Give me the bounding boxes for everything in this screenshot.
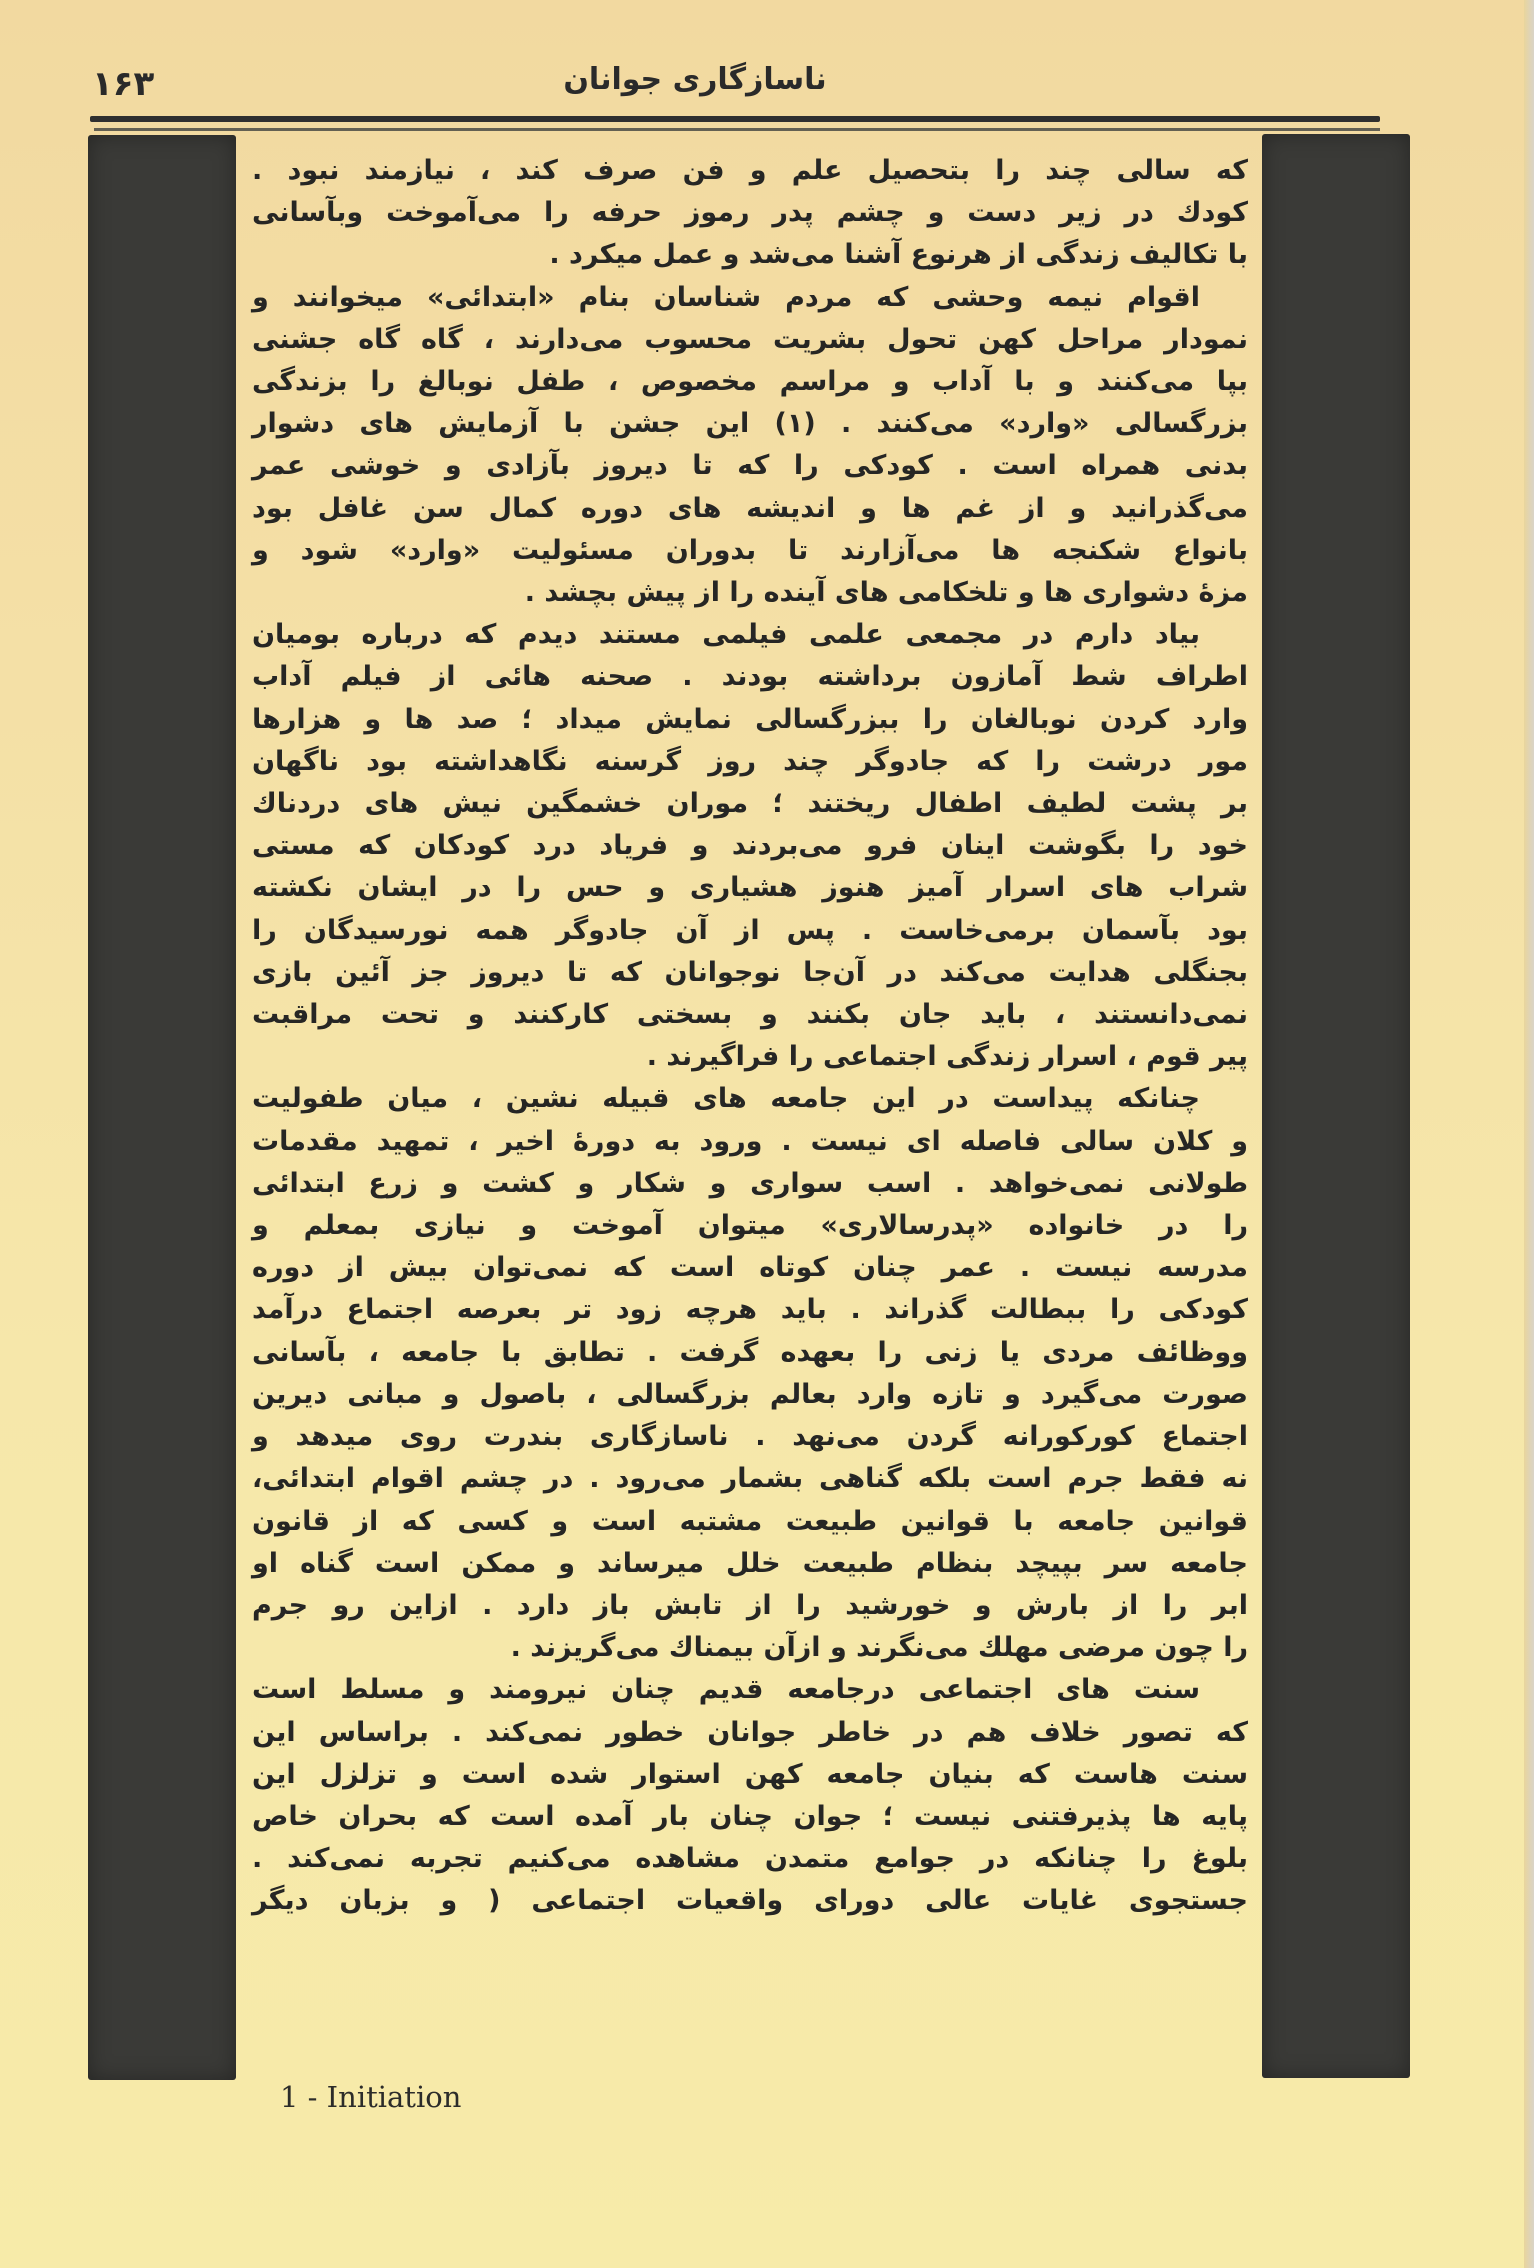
- header-rule-thick: [90, 116, 1380, 122]
- text-line: ابر را از بارش و خورشید را از تابش باز د…: [252, 1585, 1248, 1627]
- text-line: نه فقط جرم است بلکه گناهی بشمار می‌رود .…: [252, 1458, 1248, 1500]
- text-line: بزرگسالی «وارد» می‌کنند . (۱) این جشن با…: [252, 403, 1248, 445]
- text-line: نمودار مراحل کهن تحول بشریت محسوب می‌دار…: [252, 319, 1248, 361]
- footnote: 1 - Initiation: [280, 2080, 461, 2114]
- text-line: می‌گذرانید و از غم ها و اندیشه های دوره …: [252, 488, 1248, 530]
- text-line: بانواع شکنجه ها می‌آزارند تا بدوران مسئو…: [252, 530, 1248, 572]
- text-line: اقوام نیمه وحشی که مردم شناسان بنام «ابت…: [252, 277, 1248, 319]
- text-line: مور درشت را که جادوگر چند روز گرسنه نگاه…: [252, 741, 1248, 783]
- text-line: بود بآسمان برمی‌خاست . پس از آن جادوگر ه…: [252, 910, 1248, 952]
- text-line: کودکی را ببطالت گذراند . باید هرچه زود ت…: [252, 1289, 1248, 1331]
- text-line: که تصور خلاف هم در خاطر جوانان خطور نمی‌…: [252, 1712, 1248, 1754]
- text-line: سنت های اجتماعی درجامعه قدیم چنان نیرومن…: [252, 1669, 1248, 1711]
- text-line: که سالی چند را بتحصیل علم و فن صرف کند ،…: [252, 150, 1248, 192]
- text-line: کودك در زیر دست و چشم پدر رموز حرفه را م…: [252, 192, 1248, 234]
- text-line: مدرسه نیست . عمر چنان کوتاه است که نمی‌ت…: [252, 1247, 1248, 1289]
- running-title: ناسازگاری جوانان: [560, 62, 830, 97]
- text-line: قوانین جامعه با قوانین طبیعت مشتبه است و…: [252, 1501, 1248, 1543]
- text-line: وارد کردن نوبالغان را ببزرگسالی نمایش می…: [252, 699, 1248, 741]
- page-number: ۱۶۳: [92, 64, 154, 104]
- text-line: شراب های اسرار آمیز هنوز هشیاری و حس را …: [252, 867, 1248, 909]
- text-line: جامعه سر بپیچد بنظام طبیعت خلل میرساند و…: [252, 1543, 1248, 1585]
- text-line: طولانی نمی‌خواهد . اسب سواری و شکار و کش…: [252, 1163, 1248, 1205]
- text-line: صورت می‌گیرد و تازه وارد بعالم بزرگسالی …: [252, 1374, 1248, 1416]
- text-line: جستجوی غایات عالی دورای واقعیات اجتماعی …: [252, 1880, 1248, 1922]
- text-line: را چون مرضی مهلك می‌نگرند و ازآن بیمناك …: [252, 1627, 1248, 1669]
- text-line: بپا می‌کنند و با آداب و مراسم مخصوص ، طف…: [252, 361, 1248, 403]
- text-line: مزهٔ دشواری ها و تلخکامی های آینده را از…: [252, 572, 1248, 614]
- header-rule-thin: [94, 128, 1380, 131]
- text-line: بر پشت لطیف اطفال ریختند ؛ موران خشمگین …: [252, 783, 1248, 825]
- left-margin-bar: [88, 135, 236, 2080]
- text-line: نمی‌دانستند ، باید جان بکنند و بسختی کار…: [252, 994, 1248, 1036]
- page-edge: [1524, 0, 1534, 2268]
- text-line: سنت هاست که بنیان جامعه کهن استوار شده ا…: [252, 1754, 1248, 1796]
- text-line: خود را بگوشت اینان فرو می‌بردند و فریاد …: [252, 825, 1248, 867]
- text-line: با تکالیف زندگی از هرنوع آشنا می‌شد و عم…: [252, 234, 1248, 276]
- text-line: ووظائف مردی یا زنی را بعهده گرفت . تطابق…: [252, 1332, 1248, 1374]
- body-text: که سالی چند را بتحصیل علم و فن صرف کند ،…: [252, 150, 1248, 1923]
- text-line: اجتماع کورکورانه گردن می‌نهد . ناسازگاری…: [252, 1416, 1248, 1458]
- right-margin-bar: [1262, 134, 1410, 2078]
- text-line: پایه ها پذیرفتنی نیست ؛ جوان چنان بار آم…: [252, 1796, 1248, 1838]
- text-line: بجنگلی هدایت می‌کند در آن‌جا نوجوانان که…: [252, 952, 1248, 994]
- text-line: بدنی همراه است . کودکی را که تا دیروز بآ…: [252, 445, 1248, 487]
- text-line: بیاد دارم در مجمعی علمی فیلمی مستند دیدم…: [252, 614, 1248, 656]
- text-line: اطراف شط آمازون برداشته بودند . صحنه هائ…: [252, 656, 1248, 698]
- text-line: پیر قوم ، اسرار زندگی اجتماعی را فراگیرن…: [252, 1036, 1248, 1078]
- text-line: را در خانواده «پدرسالاری» میتوان آموخت و…: [252, 1205, 1248, 1247]
- text-line: چنانکه پیداست در این جامعه های قبیله نشی…: [252, 1078, 1248, 1120]
- text-line: و کلان سالی فاصله ای نیست . ورود به دوره…: [252, 1121, 1248, 1163]
- text-line: بلوغ را چنانکه در جوامع متمدن مشاهده می‌…: [252, 1838, 1248, 1880]
